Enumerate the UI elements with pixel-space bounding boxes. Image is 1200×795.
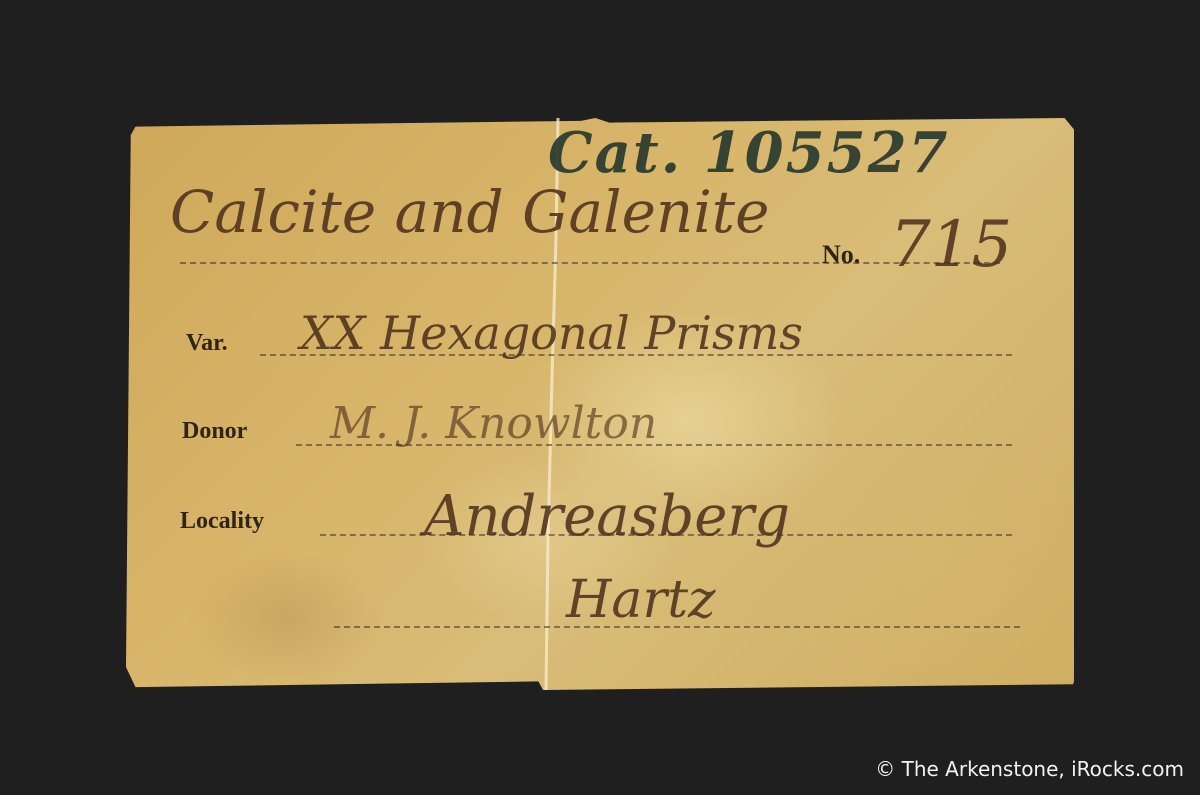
number-value: 715	[890, 208, 1012, 282]
rule-line-variety	[260, 354, 1012, 356]
catalog-number: Cat. 105527	[548, 120, 950, 186]
variety-value: XX Hexagonal Prisms	[300, 306, 803, 360]
rule-line-locality-2	[334, 626, 1020, 628]
locality-value-2: Hartz	[566, 570, 716, 630]
copyright-credit: © The Arkenstone, iRocks.com	[875, 757, 1184, 781]
donor-label: Donor	[182, 418, 247, 445]
variety-label: Var.	[186, 330, 228, 357]
specimen-title: Calcite and Galenite	[170, 178, 769, 246]
rule-line-locality	[320, 534, 1012, 536]
locality-value-1: Andreasberg	[424, 484, 790, 549]
locality-label: Locality	[180, 508, 264, 535]
number-prefix: No.	[822, 240, 860, 270]
rule-line-title	[180, 262, 1000, 264]
donor-value: M. J. Knowlton	[330, 398, 657, 449]
rule-line-donor	[296, 444, 1012, 446]
